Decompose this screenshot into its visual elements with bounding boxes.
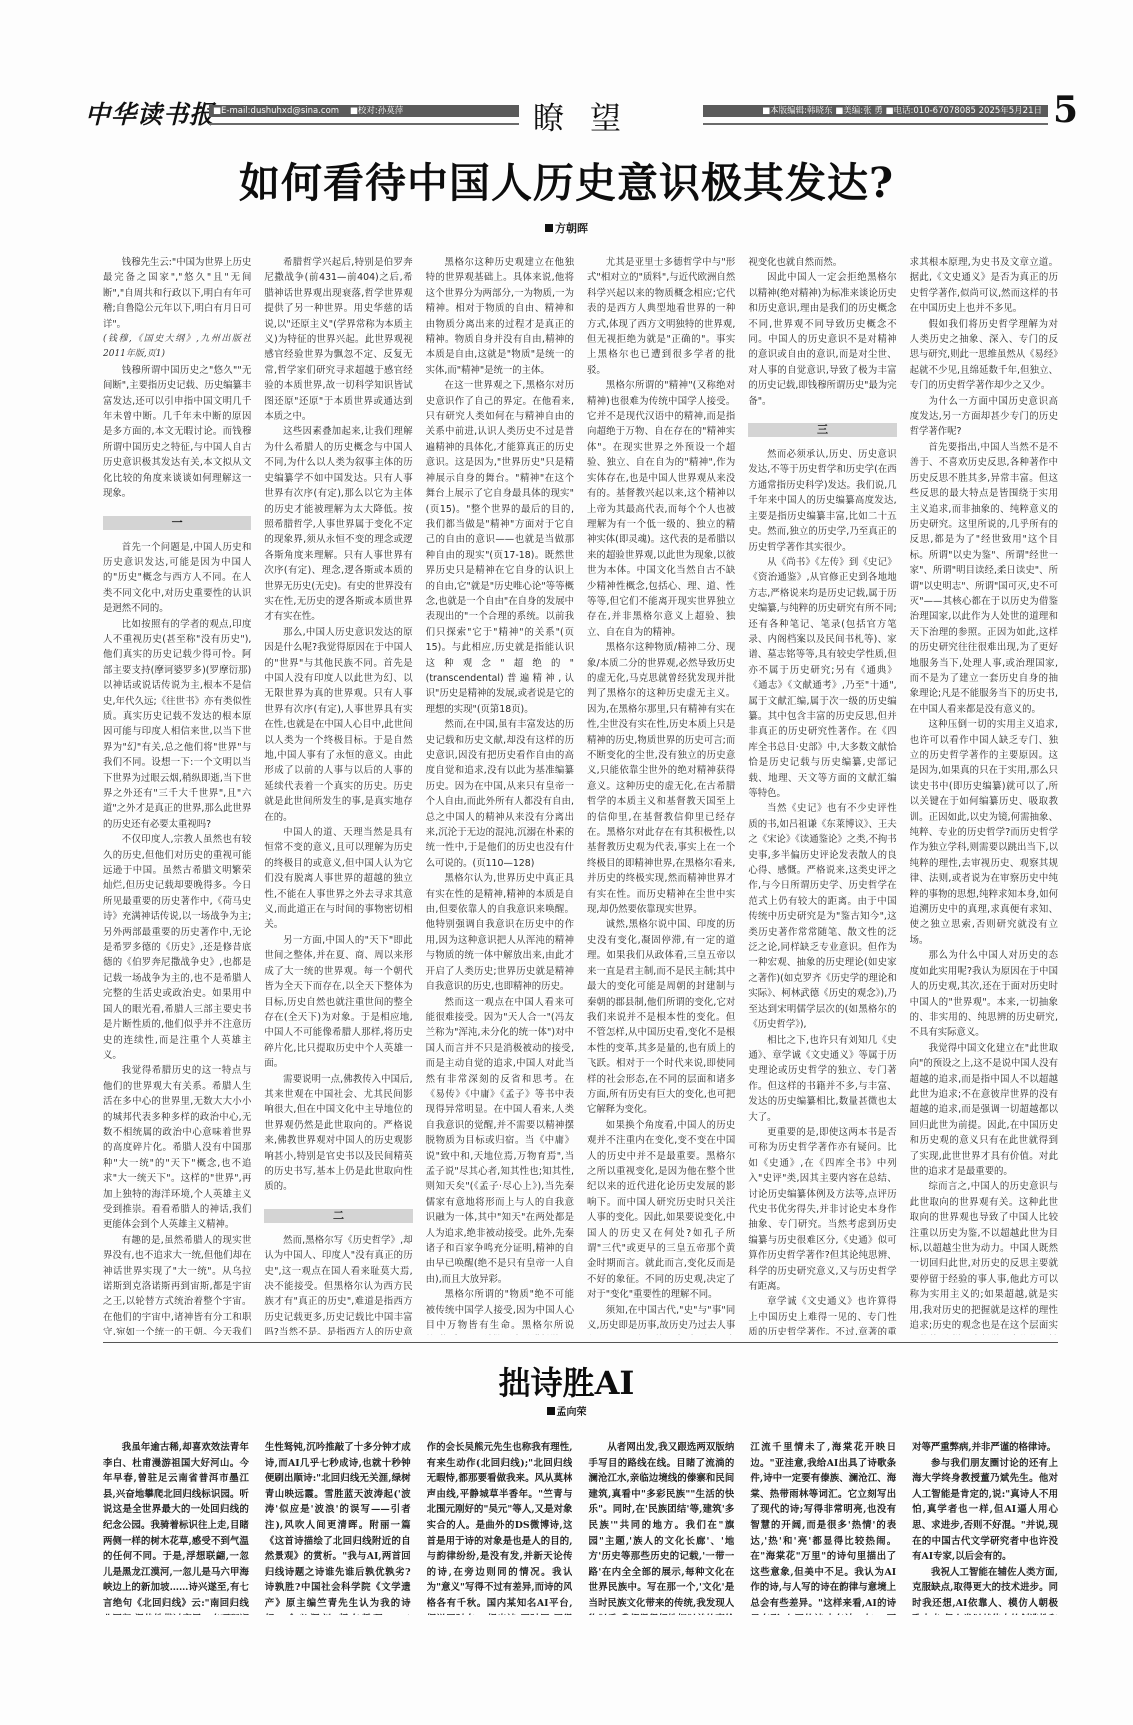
paragraph: 尤其是亚里士多德哲学中与"形式"相对立的"质料",与近代欧洲自然科学兴起以来的物… <box>587 255 735 378</box>
article1-byline: 方朝晖 <box>0 220 1133 236</box>
paragraph: 为什么一方面中国历史意识高度发达,另一方面却甚少专门的历史哲学著作呢? <box>910 394 1058 440</box>
article1-author: 方朝晖 <box>555 222 588 235</box>
article1-column-2: 希腊哲学兴起后,特别是伯罗奔尼撒战争(前431—前404)之后,希腊神话世界观出… <box>264 255 412 1335</box>
byline-square-icon <box>547 1407 555 1415</box>
paragraph: 如果换个角度看,中国人的历史观并不注重内在变化,变不变在中国人的历史中并不是最重… <box>587 1118 735 1303</box>
article1-column-4: 尤其是亚里士多德哲学中与"形式"相对立的"质料",与近代欧洲自然科学兴起以来的物… <box>587 255 735 1335</box>
paragraph: 黑格尔认为,世界历史中真正具有实在性的是精神,精神的本质是自由,但要依靠人的自我… <box>426 871 574 994</box>
article2-column-4: 从者网出发,我又跟选两双版纳手写目的路线在线。目睹了流淌的澜沧江水,亲临边境线的… <box>588 1440 734 1615</box>
paragraph: 江流千里情未了,海棠花开映日边。"亚洼意,我给AI出具了诗歌条件,诗中一定要有傣… <box>750 1440 896 1615</box>
article2-column-5: 江流千里情未了,海棠花开映日边。"亚洼意,我给AI出具了诗歌条件,诗中一定要有傣… <box>750 1440 896 1615</box>
paragraph: 然而必须承认,历史、历史意识发达,不等于历史哲学和历史学(在西方通常指历史科学)… <box>748 447 896 555</box>
newspaper-brand-logo: 中华读书报 <box>85 95 215 131</box>
paragraph: 因此中国人一定会拒绝黑格尔以精神(绝对精神)为标准来谈论历史和历史意识,理由是我… <box>748 270 896 409</box>
paragraph: 黑格尔所谓的"物质"绝不可能被传统中国学人接受,因为中国人心目中万物皆有生命。黑… <box>426 1287 574 1335</box>
section-title: 瞭望 <box>533 93 647 138</box>
paragraph: 综而言之,中国人的历史意识与此世取向的世界观有关。这种此世取向的世界观也导致了中… <box>910 1179 1058 1335</box>
paragraph: 然而,黑格尔写《历史哲学》,却认为中国人、印度人"没有真正的历史",这一观点在国… <box>264 1233 412 1335</box>
paragraph: 需要说明一点,佛教传入中国后,其来世观在中国社会、尤其民间影响很大,但在中国文化… <box>264 1072 412 1195</box>
paragraph: 首先要指出,中国人当然不是不善于、不喜欢历史反思,各种著作中历史反思不胜其多,异… <box>910 440 1058 717</box>
paragraph: 钱穆所谓中国历史之"悠久""无间断",主要指历史记载、历史编纂丰富发达,还可以引… <box>103 363 251 502</box>
paragraph: 章学诚《文史通义》也许算得上中国历史上难得一见的、专门性质的历史哲学著作。不过,… <box>748 1294 896 1335</box>
paragraph: 然而这一观点在中国人看来可能很难接受。因为"天人合一"(冯友兰称为"浑沌,未分化… <box>426 995 574 1288</box>
paragraph: 参与我们朋友圈讨论的还有上海大学终身教授董乃斌先生。他对人工智能是肯定的,说:"… <box>912 1456 1058 1565</box>
paragraph: 比如按照有的学者的观点,印度人不重视历史(甚至称"没有历史"),他们真实的历史记… <box>103 617 251 833</box>
paragraph: 更重要的是,即使这两本书是否可称为历史哲学著作亦有疑问。比如《史通》,在《四库全… <box>748 1125 896 1294</box>
paragraph: 相比之下,也许只有刘知几《史通》、章学诚《文史通义》等属于历史理论或历史哲学的独… <box>748 1033 896 1125</box>
newspaper-page: 中华读书报 ■E-mail:dushuhxd@sina.com ■校对:孙莫萍 … <box>0 0 1133 1725</box>
email-text: ■E-mail:dushuhxd@sina.com <box>213 106 339 116</box>
paragraph: 从《尚书》《左传》到《史记》《资治通鉴》,从官修正史到各地地方志,严格说来均是历… <box>748 555 896 802</box>
paragraph: 我祝人工智能在辅佐人类方面,克服缺点,取得更大的技术进步。同时我还想,AI依靠人… <box>912 1565 1058 1615</box>
paragraph: 黑格尔这种物质/精神二分、现象/本质二分的世界观,必然导致历史的虚无化,马克思就… <box>587 640 735 917</box>
article2-headline: 拙诗胜AI <box>0 1358 1133 1404</box>
paragraph: 诚然,黑格尔说中国、印度的历史没有变化,凝固停滞,有一定的道理。如果我们从政体看… <box>587 917 735 1117</box>
article2-column-2: 生性驽钝,沉吟推敲了十多分钟才成诗,而AI几乎七秒成诗,也就十秒钟便刷出顺诗:"… <box>265 1440 411 1615</box>
masthead-rule-left <box>209 123 519 125</box>
paragraph: 须知,在中国古代,"史"与"事"同义,历史即是历事,故历史乃过去人事之义。而西方… <box>587 1303 735 1335</box>
section-heading-three: 三 <box>748 423 896 437</box>
paragraph: 当然《史记》也有不少史评性质的书,如吕祖谦《东莱博议》、王夫之《宋论》《读通鉴论… <box>748 801 896 1032</box>
section-heading-two: 二 <box>264 1209 412 1223</box>
article2-column-6: 对等严重弊病,并非严谨的格律诗。 参与我们朋友圈讨论的还有上海大学终身教授董乃斌… <box>912 1440 1058 1615</box>
paragraph: 视变化也就自然而然。 <box>748 255 896 270</box>
paragraph: 中国人的道、天理当然是具有恒常不变的意义,且可以理解为历史的终极目的或意义,但中… <box>264 825 412 933</box>
citation: (钱穆,《国史大纲》,九州出版社2011年版,页1) <box>103 332 251 363</box>
paragraph: 那么为什么中国人对历史的态度如此实用呢?我认为原因在于中国人的历史观,其次,还在… <box>910 948 1058 1040</box>
paragraph: 不仅印度人,宗教人虽然也有较久的历史,但他们对历史的重视可能远逊于中国。虽然古希… <box>103 832 251 1063</box>
article2-column-3: 作的会长吴熊元先生也称我有理性,有来生动作(北回归线);"北回归线无暇恃,都那要… <box>427 1440 573 1615</box>
paragraph: 然而,在中国,虽有丰富发达的历史记载和历史文献,却没有这样的历史意识,因没有把历… <box>426 717 574 871</box>
paragraph: 我觉得中国文化建立在"此世取向"的预设之上,这不是说中国人没有超越的追求,而是指… <box>910 1041 1058 1180</box>
paragraph: 那么,中国人历史意识发达的原因是什么呢?我觉得原因在于中国人的"世界"与其他民族… <box>264 625 412 825</box>
paragraph: 钱穆先生云:"中国为世界上历史最完备之国家","悠久"且"无间断","自周共和行… <box>103 255 251 332</box>
proofreader-text: ■校对:孙莫萍 <box>350 106 403 116</box>
paragraph: 假如我们将历史哲学理解为对人类历史之抽象、深入、专门的反思与研究,则此一思维虽然… <box>910 317 1058 394</box>
masthead-editor-bar: ■本版编辑:韩晓东 ■美编:张 勇 ■电话:010-67078085 2025年… <box>703 105 1048 117</box>
paragraph: 从者网出发,我又跟选两双版纳手写目的路线在线。目睹了流淌的澜沧江水,亲临边境线的… <box>588 1440 734 1615</box>
paragraph: 另一方面,中国人的"天下"即此世间之整体,并在夏、商、周以来形成了大一统的世界观… <box>264 933 412 1072</box>
paragraph: 有趣的是,虽然希腊人的现实世界没有,也不追求大一统,但他们却在神话世界实现了"大… <box>103 1233 251 1335</box>
paragraph: 对等严重弊病,并非严谨的格律诗。 <box>912 1440 1058 1456</box>
paragraph: 这种压倒一切的实用主义追求,也许可以看作中国人缺乏专门、独立的历史哲学著作的主要… <box>910 717 1058 948</box>
article1-headline: 如何看待中国人历史意识极其发达? <box>0 150 1133 209</box>
byline-square-icon <box>545 224 553 232</box>
paragraph: 求其根本原理,为史书及文章立道。据此,《文史通义》是否为真正的历史哲学著作,似尚… <box>910 255 1058 317</box>
paragraph: 黑格尔所谓的"精神"(又称绝对精神)也很难为传统中国学人接受。它并不是现代汉语中… <box>587 378 735 640</box>
article-divider <box>103 1342 1058 1343</box>
paragraph: 希腊哲学兴起后,特别是伯罗奔尼撒战争(前431—前404)之后,希腊神话世界观出… <box>264 255 412 424</box>
article2-byline: 孟向荣 <box>0 1403 1133 1418</box>
masthead-rule-right <box>703 123 1048 125</box>
section-heading-one: 一 <box>103 516 251 530</box>
paragraph: 我虽年逾古稀,却喜欢效法青年李白、杜甫漫游祖国大好河山。今年早春,曾驻足云南省普… <box>103 1440 249 1615</box>
paragraph: 这些因素叠加起来,让我们理解为什么希腊人的历史概念与中国人不同,为什么以人类为叙… <box>264 424 412 624</box>
paragraph: 生性驽钝,沉吟推敲了十多分钟才成诗,而AI几乎七秒成诗,也就十秒钟便刷出顺诗:"… <box>265 1440 411 1615</box>
article1-body: 钱穆先生云:"中国为世界上历史最完备之国家","悠久"且"无间断","自周共和行… <box>103 255 1058 1335</box>
masthead-contact-bar: ■E-mail:dushuhxd@sina.com ■校对:孙莫萍 <box>209 105 519 117</box>
paragraph: 首先一个问题是,中国人历史和历史意识发达,可能是因为中国人的"历史"概念与西方人… <box>103 540 251 617</box>
article1-column-5: 视变化也就自然而然。 因此中国人一定会拒绝黑格尔以精神(绝对精神)为标准来谈论历… <box>748 255 896 1335</box>
article1-column-6: 求其根本原理,为史书及文章立道。据此,《文史通义》是否为真正的历史哲学著作,似尚… <box>910 255 1058 1335</box>
paragraph: 在这一世界观之下,黑格尔对历史意识作了自己的界定。在他看来,只有研究人类如何在与… <box>426 378 574 717</box>
article2-body: 我虽年逾古稀,却喜欢效法青年李白、杜甫漫游祖国大好河山。今年早春,曾驻足云南省普… <box>103 1440 1058 1615</box>
article2-author: 孟向荣 <box>557 1407 587 1418</box>
paragraph: 黑格尔这种历史观建立在他独特的世界观基础上。具体来说,他将这个世界分为两部分,一… <box>426 255 574 378</box>
masthead: 中华读书报 ■E-mail:dushuhxd@sina.com ■校对:孙莫萍 … <box>85 95 1075 129</box>
page-number: 5 <box>1053 89 1078 131</box>
article1-column-3: 黑格尔这种历史观建立在他独特的世界观基础上。具体来说,他将这个世界分为两部分,一… <box>426 255 574 1335</box>
paragraph: 作的会长吴熊元先生也称我有理性,有来生动作(北回归线);"北回归线无暇恃,都那要… <box>427 1440 573 1615</box>
article2-column-1: 我虽年逾古稀,却喜欢效法青年李白、杜甫漫游祖国大好河山。今年早春,曾驻足云南省普… <box>103 1440 249 1615</box>
article1-column-1: 钱穆先生云:"中国为世界上历史最完备之国家","悠久"且"无间断","自周共和行… <box>103 255 251 1335</box>
paragraph: 我觉得希腊历史的这一特点与他们的世界观大有关系。希腊人生活在多中心的世界里,无数… <box>103 1063 251 1232</box>
